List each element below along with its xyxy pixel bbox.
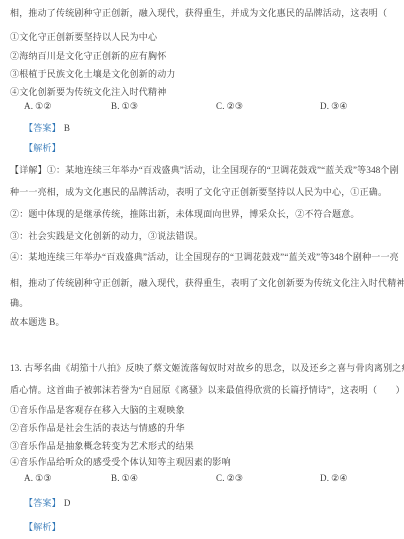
q13-option-1: ①音乐作品是客观存在移入大脑的主观映象 — [10, 404, 185, 417]
q12-detail-line-5: ④：某地连续三年举办“百戏盛典”活动，让全国现存的“卫调花鼓戏”“蓝关戏”等34… — [10, 251, 399, 264]
q12-detail-line-7: 确。 — [10, 297, 28, 310]
q13-stem-line-2: 盾心情。这首曲子被郭沫若誉为“自屈原《离骚》以来最值得欣赏的长篇抒情诗”，这表明… — [10, 384, 404, 397]
q12-detail-line-3: ②：题中体现的是继承传统，推陈出新，未体现面向世界，博采众长，②不符合题意。 — [10, 208, 360, 221]
q12-detail-line-2: 种一一亮相，成为文化惠民的品牌活动，表明了文化守正创新要坚持以人民为中心，①正确… — [10, 186, 387, 199]
q13-choice-a: A.①③ — [24, 472, 52, 485]
q13-option-3: ③音乐作品是抽象概念转变为艺术形式的结果 — [10, 440, 194, 453]
q12-answer-value: B — [64, 123, 70, 133]
q13-option-2: ②音乐作品是社会生活的表达与情感的升华 — [10, 422, 185, 435]
q13-analysis-line: 【解析】 — [24, 521, 61, 534]
q13-choice-d: D.②④ — [320, 472, 348, 485]
exam-document-page: 相，推动了传统剧种守正创新，融入现代，获得重生，并成为文化惠民的品牌活动，这表明… — [0, 0, 404, 539]
q12-option-4: ④文化创新要为传统文化注入时代精神 — [10, 86, 166, 99]
q12-choices-row: A.①② B.①③ C.②③ D.③④ — [24, 100, 394, 113]
q12-choice-c: C.②③ — [216, 100, 243, 113]
q12-conclusion: 故本题选 B。 — [10, 316, 65, 329]
q12-option-1: ①文化守正创新要坚持以人民为中心 — [10, 31, 157, 44]
q12-analysis-line: 【解析】 — [24, 142, 61, 155]
q13-answer-line: 【答案】D — [24, 497, 71, 510]
q13-choice-c: C.②③ — [216, 472, 243, 485]
q13-answer-value: D — [64, 498, 71, 508]
q12-option-3: ③根植于民族文化土壤是文化创新的动力 — [10, 68, 176, 81]
q13-stem-line-1: 13. 古琴名曲《胡笳十八拍》反映了蔡文姬流落匈奴时对故乡的思念，以及还乡之喜与… — [10, 362, 404, 375]
answer-label: 【答案】 — [24, 498, 61, 508]
q12-detail-line-4: ③：社会实践是文化创新的动力，③说法错误。 — [10, 230, 203, 243]
q13-choices-row: A.①③ B.①④ C.②③ D.②④ — [24, 472, 394, 485]
q12-detail-line-1: 【详解】①：某地连续三年举办“百戏盛典”活动，让全国现存的“卫调花鼓戏”“蓝关戏… — [10, 164, 399, 177]
q13-option-4: ④音乐作品给听众的感受受个体认知等主观因素的影响 — [10, 456, 231, 469]
analysis-label: 【解析】 — [24, 522, 61, 532]
q12-detail-line-6: 相，推动了传统剧种守正创新，融入现代，获得重生，表明了文化创新要为传统文化注入时… — [10, 277, 404, 290]
q12-stem-line: 相，推动了传统剧种守正创新，融入现代，获得重生，并成为文化惠民的品牌活动，这表明… — [10, 7, 404, 20]
q13-choice-b: B.①④ — [111, 472, 138, 485]
q12-answer-line: 【答案】B — [24, 122, 70, 135]
answer-label: 【答案】 — [24, 123, 61, 133]
q12-choice-b: B.①③ — [111, 100, 138, 113]
q12-choice-d: D.③④ — [320, 100, 348, 113]
analysis-label: 【解析】 — [24, 143, 61, 153]
q12-choice-a: A.①② — [24, 100, 52, 113]
q12-option-2: ②海纳百川是文化守正创新的应有胸怀 — [10, 50, 166, 63]
